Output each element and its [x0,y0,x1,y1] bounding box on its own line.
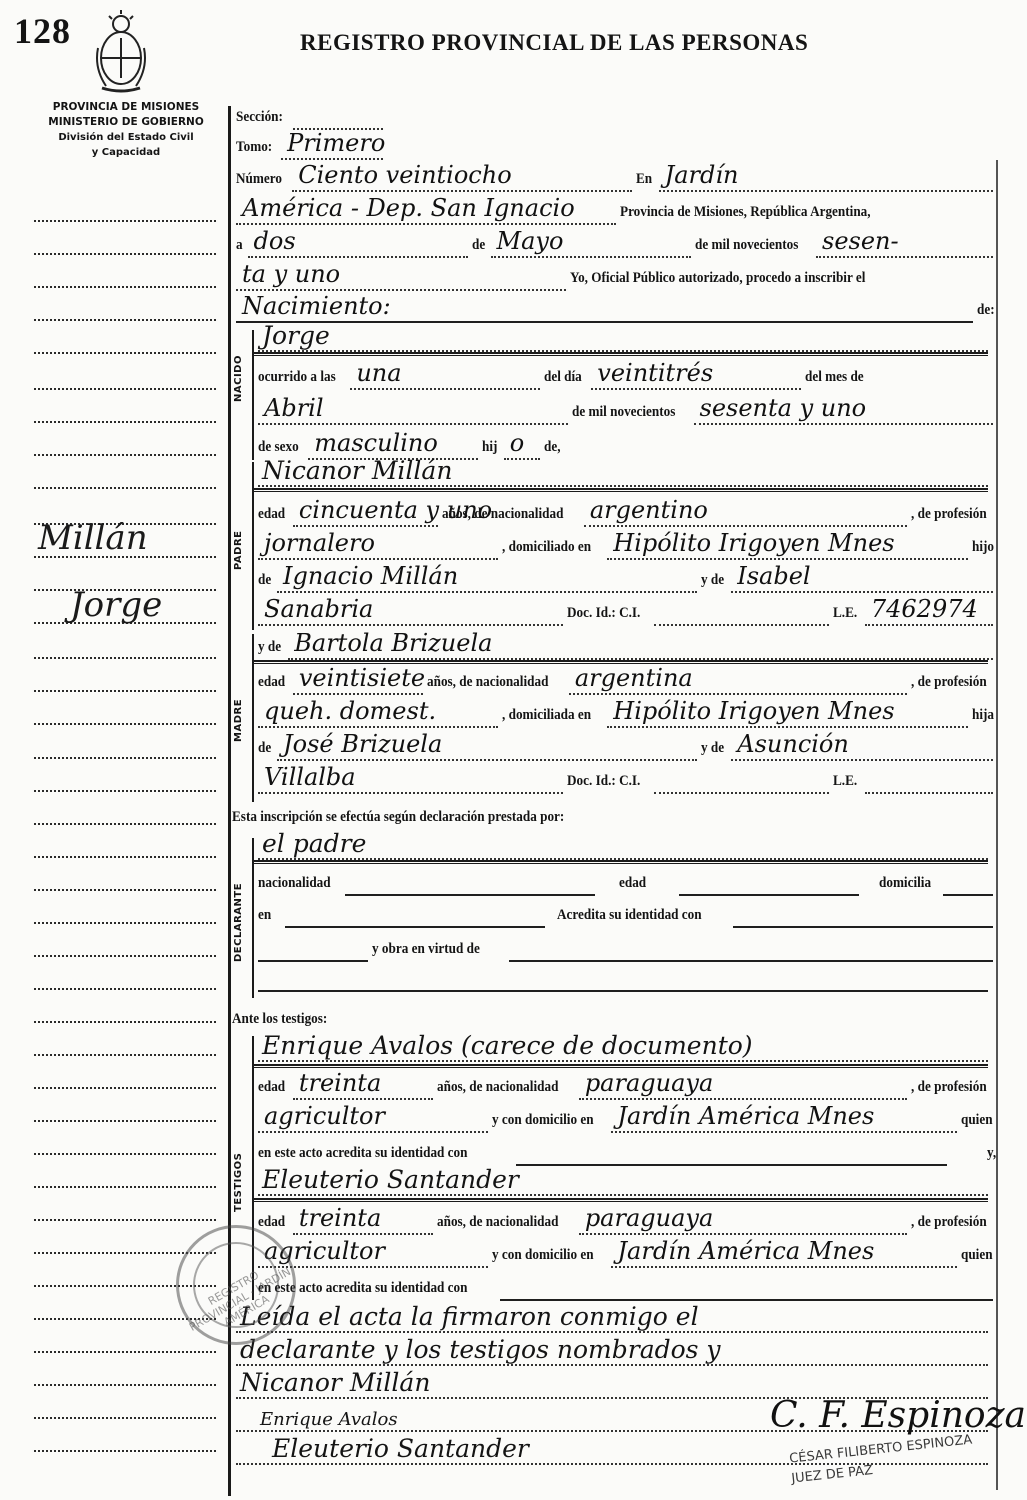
maternal-grandmother-field[interactable]: Asunción [731,735,993,761]
domicilio-label: y con domicilio en [492,1112,594,1133]
agency-line: MINISTERIO DE GOBIERNO [28,115,224,130]
profesion-label: , de profesión [911,1214,987,1235]
maternal-grandmother-field-2[interactable]: Villalba [258,768,563,794]
margin-line [34,253,216,255]
yo-row: ta y uno Yo, Oficial Público autorizado,… [236,261,997,291]
acredita-label: Acredita su identidad con [557,907,702,928]
edad-label: edad [258,674,285,695]
day-field[interactable]: dos [248,232,468,258]
date-row: a dos de Mayo de mil novecientos sesen- [236,228,997,258]
mes-label: del mes de [805,369,864,390]
folio-number: 128 [14,10,71,52]
act-type-field[interactable]: Nacimiento: [236,297,973,323]
margin-line [34,1384,216,1386]
yo-statement: Yo, Oficial Público autorizado, procedo … [570,270,865,291]
margin-line [34,1087,216,1089]
margin-line [34,856,216,858]
domicilio-label: , domiciliado en [502,539,591,560]
margin-surname: Millán [38,518,148,558]
witness-2-nationality-field[interactable]: paraguaya [579,1209,907,1235]
paternal-grandmother-field[interactable]: Isabel [731,567,993,593]
nacido-section-label: NACIDO [233,355,244,402]
margin-line [34,723,216,725]
father-nationality-field[interactable]: argentino [584,501,907,527]
birth-day-field[interactable]: veintitrés [591,364,801,390]
margin-line [34,889,216,891]
tomo-row: Tomo: Primero [236,130,387,160]
madre-parents-row: de José Brizuela y de Asunción [258,731,997,761]
margin-line [34,1417,216,1419]
father-le-field[interactable]: 7462974 [865,600,993,626]
domicilio-label: y con domicilio en [492,1247,594,1268]
place-row: América - Dep. San Ignacio Provincia de … [236,195,997,225]
act-type-row: Nacimiento: de: [236,293,997,323]
le-label: L.E. [833,605,857,626]
edad-label: edad [258,1079,285,1100]
madre-domicilio-row: queh. domest. , domiciliada en Hipólito … [258,698,997,728]
dia-label: del día [544,369,582,390]
declarante-address-field[interactable] [285,902,545,928]
declarante-domicile-field[interactable] [943,870,993,896]
edad-label: edad [619,875,646,896]
le-label: L.E. [833,773,857,794]
double-rule [252,860,988,864]
witness-1-identity-field[interactable] [516,1140,947,1166]
nacionalidad-label: años, de nacionalidad [437,1079,558,1100]
margin-line [34,319,216,321]
father-address-field[interactable]: Hipólito Irigoyen Mnes [607,534,968,560]
margin-line [34,823,216,825]
margin-given-name: Jorge [70,585,162,625]
margin-line [34,487,216,489]
quien-label: quien [961,1112,993,1133]
seccion-label: Sección: [236,109,283,130]
profesion-label: , de profesión [911,506,987,527]
nacido-bracket [252,330,254,460]
witness-1-nationality-field[interactable]: paraguaya [579,1074,907,1100]
margin-line [34,690,216,692]
margin-line [34,1120,216,1122]
declarante-section-label: DECLARANTE [233,883,244,962]
padre-section-label: PADRE [233,531,244,570]
agency-line: y Capacidad [28,145,224,160]
witness-2-domicilio-row: agricultor y con domicilio en Jardín Amé… [258,1238,997,1268]
margin-line [34,790,216,792]
hour-field[interactable]: una [350,364,540,390]
witness-2-edad-row: edad treinta años, de nacionalidad parag… [258,1205,997,1235]
witness-1-domicilio-row: agricultor y con domicilio en Jardín Amé… [258,1103,997,1133]
witness-2-age-field[interactable]: treinta [293,1209,433,1235]
en-label: En [636,171,652,192]
tomo-field[interactable]: Primero [281,134,383,160]
birth-year-field[interactable]: sesenta y uno [694,399,994,425]
a-label: a [236,237,243,258]
padre-parents-row: de Ignacio Millán y de Isabel [258,563,997,593]
witness-1-age-field[interactable]: treinta [293,1074,433,1100]
padre-doc-row: Sanabria Doc. Id.: C.I. L.E. 7462974 [258,596,997,626]
margin-line [34,922,216,924]
ocurrido-row: ocurrido a las una del día veintitrés de… [258,360,997,390]
nacionalidad-label: años, de nacionalidad [437,1214,558,1235]
mother-age-field[interactable]: veintisiete [293,669,423,695]
de-colon-label: de: [977,302,995,323]
y-de-label: y de [701,572,724,593]
year-field-2[interactable]: ta y uno [236,265,566,291]
doc-label: Doc. Id.: C.I. [567,605,640,626]
de-label: de [258,740,271,761]
hija-label: hija [972,707,994,728]
declarante-age-field[interactable] [679,870,859,896]
month-field[interactable]: Mayo [491,232,691,258]
closing-line[interactable]: Leída el acta la firmaron conmigo el [236,1303,988,1333]
witness-2-acredita-row: en este acto acredita su identidad con [258,1271,997,1301]
seccion-row: Sección: [236,100,387,130]
margin-line [34,454,216,456]
margin-line [34,1054,216,1056]
argentine-coat-of-arms-icon [92,8,150,94]
official-signature: C. F. Espinoza [770,1395,1026,1436]
mother-le-field[interactable] [865,768,993,794]
witness-1-acredita-row: en este acto acredita su identidad con y… [258,1136,997,1166]
issuing-agency: PROVINCIA DE MISIONES MINISTERIO DE GOBI… [28,100,224,160]
father-profession-field[interactable]: jornalero [258,534,498,560]
place-suffix: Provincia de Misiones, República Argenti… [620,204,871,225]
domicilia-label: domicilia [879,875,931,896]
paternal-grandmother-field-2[interactable]: Sanabria [258,600,563,626]
witness-1-name-field[interactable]: Enrique Avalos (carece de documento) [258,1032,988,1062]
declarante-obra-row: y obra en virtud de [258,932,997,962]
witness-2-name-field[interactable]: Eleuterio Santander [258,1166,988,1196]
declarante-acredita-row: en Acredita su identidad con [258,898,997,928]
father-ci-field[interactable] [654,600,829,626]
witness-1-profession-field[interactable]: agricultor [258,1107,488,1133]
mother-profession-field[interactable]: queh. domest. [258,702,498,728]
margin-line [34,657,216,659]
agency-line: División del Estado Civil [28,130,224,145]
place-field[interactable]: América - Dep. San Ignacio [236,199,616,225]
margin-line [34,1351,216,1353]
declarante-nacionalidad-row: nacionalidad edad domicilia [258,866,997,896]
double-rule [252,488,988,492]
padre-domicilio-row: jornalero , domiciliado en Hipólito Irig… [258,530,997,560]
mother-nationality-field[interactable]: argentina [569,669,907,695]
en-field[interactable]: Jardín [659,166,993,192]
margin-line [34,1186,216,1188]
margin-line [34,1153,216,1155]
mother-address-field[interactable]: Hipólito Irigoyen Mnes [607,702,968,728]
padre-edad-row: edad cincuenta y uno años, de nacionalid… [258,497,997,527]
margin-line [34,352,216,354]
edad-label: edad [258,506,285,527]
margin-line [34,220,216,222]
y-de-label: y de [701,740,724,761]
de-label: de [472,237,485,258]
seccion-field[interactable] [293,104,383,130]
margin-line [34,1219,216,1221]
margin-line [34,421,216,423]
mother-name-row: y de Bartola Brizuela [258,630,997,660]
declarante-obra-field[interactable] [509,936,993,962]
witness-2-address-field[interactable]: Jardín América Mnes [611,1242,957,1268]
y-de-label: y de [258,639,281,660]
margin-line [34,1021,216,1023]
year-field-1[interactable]: sesen- [816,232,993,258]
numero-label: Número [236,171,282,192]
doc-label: Doc. Id.: C.I. [567,773,640,794]
agency-line: PROVINCIA DE MISIONES [28,100,224,115]
nacionalidad-label: nacionalidad [258,875,331,896]
ocurrido-label: ocurrido a las [258,369,336,390]
month-row: Abril de mil novecientos sesenta y uno [258,395,997,425]
y-label: y, [987,1145,996,1166]
declarante-intro: Esta inscripción se efectúa según declar… [232,809,564,830]
mother-ci-field[interactable] [654,768,829,794]
madre-edad-row: edad veintisiete años, de nacionalidad a… [258,665,997,695]
document-title: REGISTRO PROVINCIAL DE LAS PERSONAS [300,30,808,56]
margin-line [34,286,216,288]
birth-month-field[interactable]: Abril [258,399,568,425]
profesion-label: , de profesión [911,674,987,695]
numero-row: Número Ciento veintiocho En Jardín [236,162,997,192]
testigos-intro-row: Ante los testigos: [232,1002,997,1032]
margin-line [34,757,216,759]
closing-line[interactable]: declarante y los testigos nombrados y [236,1336,988,1366]
quien-label: quien [961,1247,993,1268]
child-name-field[interactable]: Jorge [258,322,988,352]
father-name-field[interactable]: Nicanor Millán [258,457,988,487]
declarante-blank-line[interactable] [258,962,988,992]
year-label: de mil novecientos [695,237,798,258]
numero-field[interactable]: Ciento veintiocho [292,166,632,192]
margin-line [34,388,216,390]
en-label: en [258,907,271,928]
madre-doc-row: Villalba Doc. Id.: C.I. L.E. [258,764,997,794]
witness-1-address-field[interactable]: Jardín América Mnes [611,1107,957,1133]
double-rule [252,352,988,356]
nacionalidad-label: años, de nacionalidad [442,506,563,527]
testigos-section-label: TESTIGOS [233,1153,244,1212]
declarante-intro-row: Esta inscripción se efectúa según declar… [232,800,997,830]
maternal-grandfather-field[interactable]: José Brizuela [277,735,697,761]
nacionalidad-label: años, de nacionalidad [427,674,548,695]
witness-1-edad-row: edad treinta años, de nacionalidad parag… [258,1070,997,1100]
declarante-identity-field[interactable] [733,902,993,928]
paternal-grandfather-field[interactable]: Ignacio Millán [277,567,697,593]
birth-year-label: de mil novecientos [572,404,675,425]
obra-label: y obra en virtud de [372,941,480,962]
tomo-label: Tomo: [236,139,272,160]
mother-name-field[interactable]: Bartola Brizuela [288,634,993,660]
testigos-intro: Ante los testigos: [232,1011,327,1032]
margin-line [34,988,216,990]
margin-line [34,955,216,957]
double-rule [252,1198,988,1202]
father-age-field[interactable]: cincuenta y uno [293,501,438,527]
de-label: de [258,572,271,593]
double-rule [252,1064,988,1068]
madre-section-label: MADRE [233,699,244,742]
declarante-name-field[interactable]: el padre [258,830,988,860]
declarante-nationality-field[interactable] [345,870,595,896]
profesion-label: , de profesión [911,1079,987,1100]
witness-2-identity-field[interactable] [500,1275,993,1301]
margin-line [34,1450,216,1452]
acredita-label: en este acto acredita su identidad con [258,1145,467,1166]
hijo-label: hijo [972,539,994,560]
declarante-obra-prefix-field[interactable] [258,936,368,962]
domicilio-label: , domiciliada en [502,707,591,728]
